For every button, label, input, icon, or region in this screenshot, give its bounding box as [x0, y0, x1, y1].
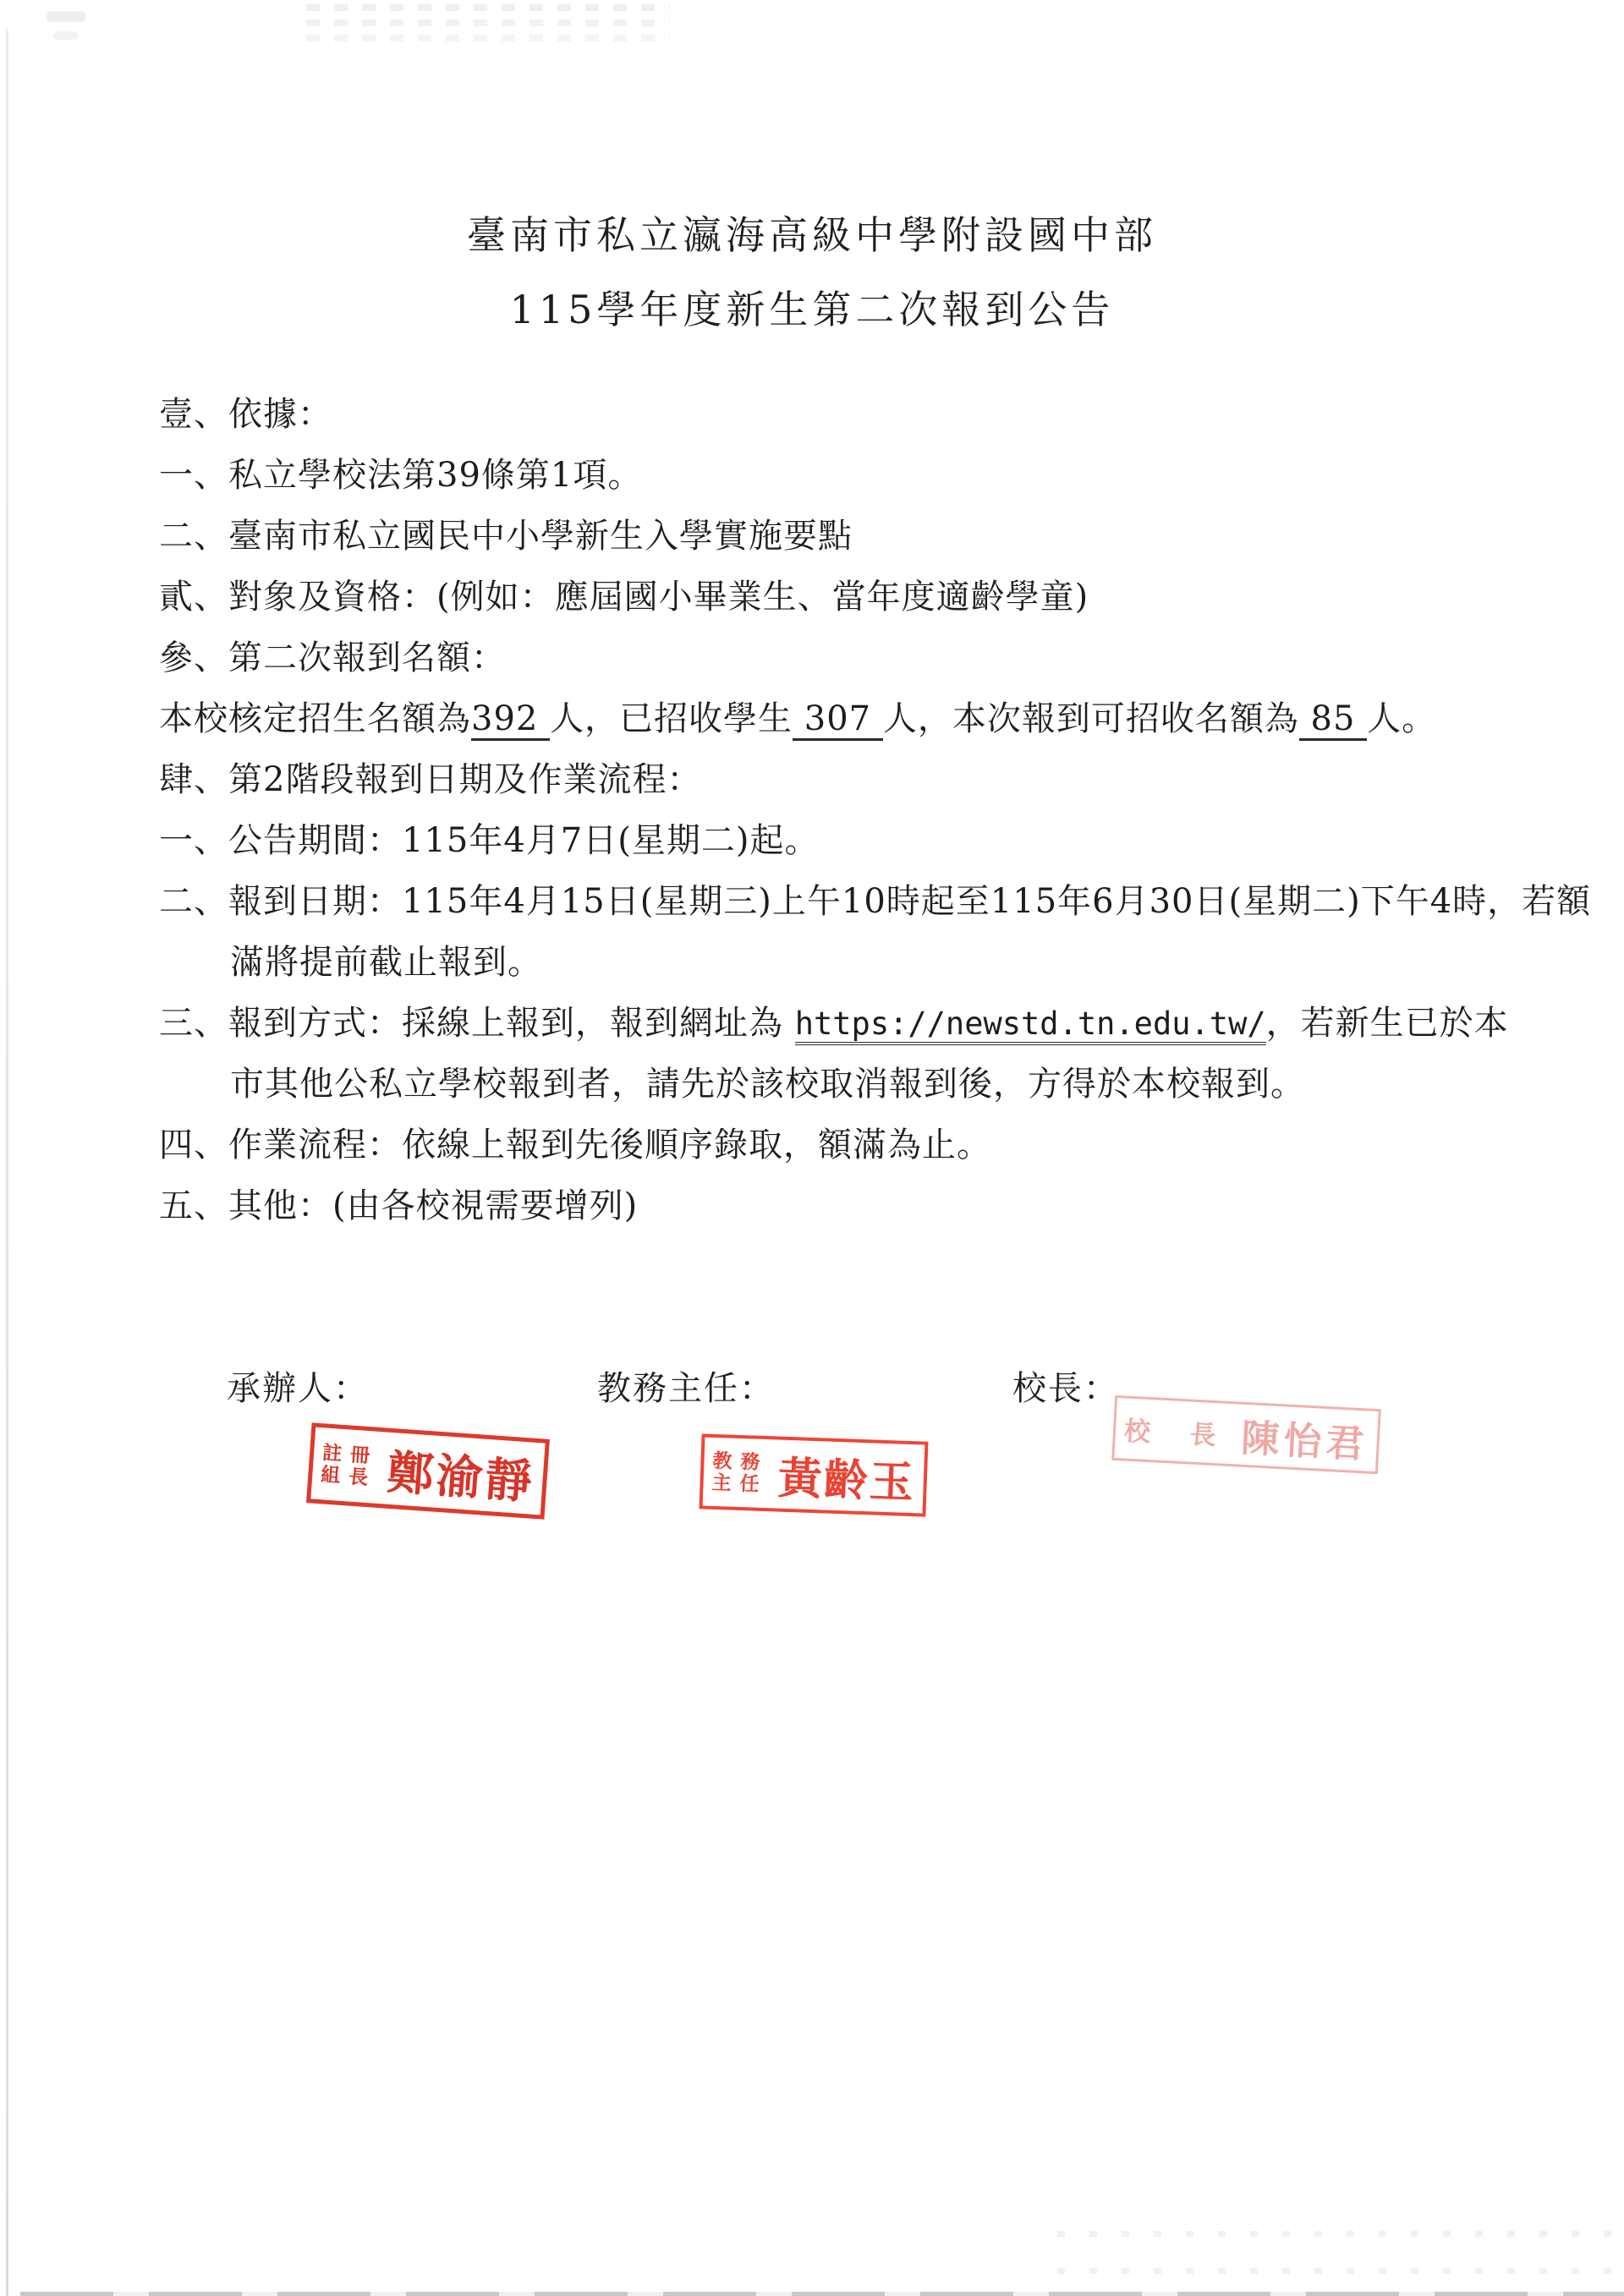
line-process: 四、作業流程：依線上報到先後順序錄取，額滿為止。	[159, 1115, 1597, 1175]
registrar-stamp: 註冊 組長 鄭渝靜	[306, 1422, 550, 1519]
scanned-document-page: 臺南市私立瀛海高級中學附設國中部 115學年度新生第二次報到公告 壹、依據： 一…	[0, 0, 1624, 2296]
quota-enrolled-count: 307	[793, 699, 883, 741]
quota-text-2: 人，已招收學生	[550, 699, 793, 738]
quota-text-4: 人。	[1367, 699, 1436, 738]
line-basis-item1: 一、私立學校法第39條第1項。	[159, 445, 1597, 506]
quota-approved-count: 392	[471, 699, 550, 741]
registration-url: https://newstd.tn.edu.tw/	[795, 1006, 1266, 1045]
line-quota-header: 參、第二次報到名額：	[159, 627, 1597, 688]
line-registration-method: 三、報到方式：採線上報到，報到網址為 https://newstd.tn.edu…	[159, 993, 1597, 1054]
line-other: 五、其他：(由各校視需要增列)	[159, 1175, 1597, 1236]
scan-artifact-dashes	[306, 19, 670, 26]
line-registration-date-cont: 滿將提前截止報到。	[159, 932, 1597, 993]
line-announcement-period: 一、公告期間：115年4月7日(星期二)起。	[159, 810, 1597, 871]
academic-director-stamp-name: 黃齡玉	[777, 1443, 917, 1511]
quota-remaining-count: 85	[1299, 699, 1367, 741]
handler-label: 承辦人：	[227, 1362, 369, 1410]
scan-artifact-left-edge	[6, 29, 8, 2296]
principal-stamp: 校 長 陳怡君	[1111, 1395, 1380, 1474]
document-title-line2: 115學年度新生第二次報到公告	[0, 279, 1624, 335]
scan-artifact-dashes	[306, 4, 670, 11]
registrar-stamp-name: 鄭渝靜	[385, 1435, 536, 1512]
academic-director-stamp-role: 教務 主任	[711, 1449, 769, 1495]
quota-text-3: 人，本次報到可招收名額為	[883, 699, 1299, 738]
scan-artifact-smudge	[53, 31, 79, 40]
line-stage2-header: 肆、第2階段報到日期及作業流程：	[159, 749, 1597, 810]
scan-artifact-bottom-edge	[20, 2292, 1624, 2296]
quota-text-1: 本校核定招生名額為	[159, 699, 471, 738]
document-body: 壹、依據： 一、私立學校法第39條第1項。 二、臺南市私立國民中小學新生入學實施…	[159, 384, 1597, 1236]
principal-stamp-name: 陳怡君	[1240, 1407, 1369, 1469]
academic-director-stamp-role-row2: 主任	[711, 1471, 768, 1495]
line-eligibility: 貳、對象及資格：(例如：應屆國小畢業生、當年度適齡學童)	[159, 567, 1597, 627]
document-title-line1: 臺南市私立瀛海高級中學附設國中部	[0, 205, 1624, 260]
method-text-2: ，若新生已於本	[1266, 1004, 1509, 1043]
scan-artifact-smudge	[47, 11, 85, 22]
registrar-stamp-role: 註冊 組長	[320, 1442, 378, 1489]
line-registration-date: 二、報到日期：115年4月15日(星期三)上午10時起至115年6月30日(星期…	[159, 871, 1597, 932]
academic-director-stamp-role-row1: 教務	[712, 1449, 769, 1473]
scan-artifact-dashes	[306, 35, 670, 41]
principal-label: 校長：	[1012, 1362, 1119, 1410]
scan-artifact-dots	[1057, 2268, 1616, 2274]
line-registration-method-cont: 市其他公私立學校報到者，請先於該校取消報到後，方得於本校報到。	[159, 1054, 1597, 1115]
line-basis-item2: 二、臺南市私立國民中小學新生入學實施要點	[159, 506, 1597, 567]
registrar-stamp-role-row2: 組長	[320, 1464, 377, 1490]
line-basis-header: 壹、依據：	[159, 384, 1597, 445]
method-text-1: 三、報到方式：採線上報到，報到網址為	[159, 1004, 795, 1043]
scan-artifact-dots	[1057, 2231, 1616, 2237]
principal-stamp-role: 校 長	[1123, 1409, 1232, 1453]
line-quota-detail: 本校核定招生名額為392 人，已招收學生 307 人，本次報到可招收名額為 85…	[159, 688, 1597, 749]
academic-director-stamp: 教務 主任 黃齡玉	[700, 1433, 929, 1516]
academic-director-label: 教務主任：	[597, 1362, 775, 1410]
